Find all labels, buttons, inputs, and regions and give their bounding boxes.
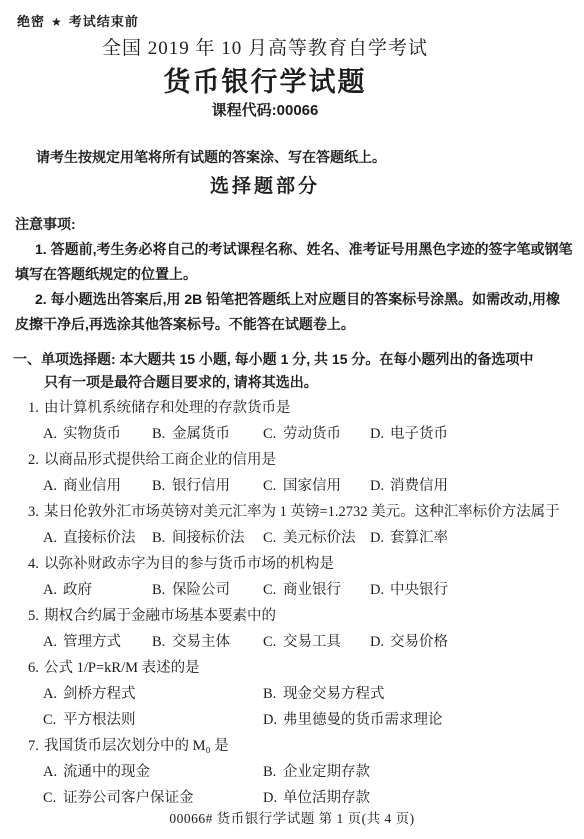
star-icon: ★ bbox=[45, 15, 69, 29]
option: A.商业信用 bbox=[43, 473, 152, 499]
question-list: 1.由计算机系统储存和处理的存款货币是 A.实物货币 B.金属货币 C.劳动货币… bbox=[0, 395, 584, 811]
option-text: 银行信用 bbox=[172, 478, 230, 494]
option-label: C. bbox=[263, 473, 283, 499]
option-text: 中央银行 bbox=[390, 582, 448, 598]
option: D.交易价格 bbox=[370, 629, 448, 655]
option-text: 弗里德曼的货币需求理论 bbox=[283, 712, 443, 728]
question-stem: 1.由计算机系统储存和处理的存款货币是 bbox=[0, 395, 584, 421]
option-label: D. bbox=[263, 707, 283, 733]
option-label: D. bbox=[370, 525, 390, 551]
option-text: 国家信用 bbox=[283, 478, 341, 494]
option-text: 消费信用 bbox=[390, 478, 448, 494]
question-stem: 3.某日伦敦外汇市场英镑对美元汇率为 1 英镑=1.2732 美元。这种汇率标价… bbox=[0, 499, 584, 525]
exam-page: 绝密★考试结束前 全国 2019 年 10 月高等教育自学考试 货币银行学试题 … bbox=[0, 0, 584, 839]
option-label: D. bbox=[370, 473, 390, 499]
option-row: A.剑桥方程式 B.现金交易方程式 bbox=[0, 681, 584, 707]
security-classification: 绝密★考试结束前 bbox=[17, 11, 139, 30]
option-text: 流通中的现金 bbox=[63, 764, 150, 780]
option-text: 商业银行 bbox=[283, 582, 341, 598]
option-label: B. bbox=[152, 577, 172, 603]
option: A.实物货币 bbox=[43, 421, 152, 447]
timing-label: 考试结束前 bbox=[69, 14, 139, 29]
option: B.企业定期存款 bbox=[263, 759, 370, 785]
option: C.商业银行 bbox=[263, 577, 370, 603]
option-row: A.实物货币 B.金属货币 C.劳动货币 D.电子货币 bbox=[0, 421, 584, 447]
classification-label: 绝密 bbox=[17, 14, 45, 29]
option-text: 交易价格 bbox=[390, 634, 448, 650]
note-line: 2. 每小题选出答案后,用 2B 铅笔把答题纸上对应题目的答案标号涂黑。如需改动… bbox=[15, 287, 574, 312]
option-label: C. bbox=[263, 577, 283, 603]
question-stem: 5.期权合约属于金融市场基本要素中的 bbox=[0, 603, 584, 629]
option-label: B. bbox=[152, 629, 172, 655]
option-text: 证券公司客户保证金 bbox=[63, 790, 194, 806]
option: D.套算汇率 bbox=[370, 525, 448, 551]
question-stem: 7.我国货币层次划分中的 M₀ 是 bbox=[0, 733, 584, 759]
option-label: C. bbox=[263, 421, 283, 447]
option-label: C. bbox=[263, 629, 283, 655]
part-heading-line: 一、单项选择题: 本大题共 15 小题, 每小题 1 分, 共 15 分。在每小… bbox=[13, 348, 574, 371]
option-label: D. bbox=[370, 629, 390, 655]
option-label: C. bbox=[263, 525, 283, 551]
question-stem: 6.公式 1/P=kR/M 表述的是 bbox=[0, 655, 584, 681]
option: B.保险公司 bbox=[152, 577, 263, 603]
question-text: 以商品形式提供给工商企业的信用是 bbox=[44, 452, 276, 468]
option-text: 劳动货币 bbox=[283, 426, 341, 442]
option: A.流通中的现金 bbox=[43, 759, 263, 785]
option-label: A. bbox=[43, 421, 63, 447]
option-label: A. bbox=[43, 473, 63, 499]
exam-session: 全国 2019 年 10 月高等教育自学考试 bbox=[0, 33, 530, 60]
part-one-heading: 一、单项选择题: 本大题共 15 小题, 每小题 1 分, 共 15 分。在每小… bbox=[13, 348, 574, 394]
option-label: B. bbox=[152, 473, 172, 499]
option-label: A. bbox=[43, 525, 63, 551]
note-line: 填写在答题纸规定的位置上。 bbox=[15, 262, 574, 287]
note-line: 皮擦干净后,再选涂其他答案标号。不能答在试题卷上。 bbox=[15, 312, 574, 337]
notes-block: 注意事项: 1. 答题前,考生务必将自己的考试课程名称、姓名、准考证号用黑色字迹… bbox=[15, 211, 574, 337]
option-text: 平方根法则 bbox=[63, 712, 136, 728]
option-text: 单位活期存款 bbox=[283, 790, 370, 806]
note-line: 1. 答题前,考生务必将自己的考试课程名称、姓名、准考证号用黑色字迹的签字笔或钢… bbox=[15, 237, 574, 262]
option: B.交易主体 bbox=[152, 629, 263, 655]
question-number: 6. bbox=[28, 655, 44, 681]
option-text: 电子货币 bbox=[390, 426, 448, 442]
option: B.银行信用 bbox=[152, 473, 263, 499]
question-number: 1. bbox=[28, 395, 44, 421]
question-number: 5. bbox=[28, 603, 44, 629]
option-text: 交易工具 bbox=[283, 634, 341, 650]
question-number: 2. bbox=[28, 447, 44, 473]
option-text: 现金交易方程式 bbox=[283, 686, 385, 702]
option-text: 实物货币 bbox=[63, 426, 121, 442]
option: A.政府 bbox=[43, 577, 152, 603]
section-title: 选择题部分 bbox=[0, 171, 530, 198]
question-number: 7. bbox=[28, 733, 44, 759]
option-text: 企业定期存款 bbox=[283, 764, 370, 780]
option-text: 金属货币 bbox=[172, 426, 230, 442]
option-row: A.商业信用 B.银行信用 C.国家信用 D.消费信用 bbox=[0, 473, 584, 499]
option-label: A. bbox=[43, 681, 63, 707]
part-heading-line: 只有一项是最符合题目要求的, 请将其选出。 bbox=[13, 371, 574, 394]
option: C.交易工具 bbox=[263, 629, 370, 655]
option: D.中央银行 bbox=[370, 577, 448, 603]
option-label: D. bbox=[370, 577, 390, 603]
question-text: 公式 1/P=kR/M 表述的是 bbox=[44, 660, 200, 676]
option: D.电子货币 bbox=[370, 421, 448, 447]
option: C.劳动货币 bbox=[263, 421, 370, 447]
option-text: 直接标价法 bbox=[63, 530, 136, 546]
option-label: B. bbox=[152, 525, 172, 551]
option-row: C.平方根法则 D.弗里德曼的货币需求理论 bbox=[0, 707, 584, 733]
option: B.金属货币 bbox=[152, 421, 263, 447]
question-text: 某日伦敦外汇市场英镑对美元汇率为 1 英镑=1.2732 美元。这种汇率标价方法… bbox=[44, 504, 560, 520]
option-label: A. bbox=[43, 577, 63, 603]
option-label: B. bbox=[263, 759, 283, 785]
option-row: A.流通中的现金 B.企业定期存款 bbox=[0, 759, 584, 785]
option: C.平方根法则 bbox=[43, 707, 263, 733]
option-label: C. bbox=[43, 707, 63, 733]
option-label: D. bbox=[370, 421, 390, 447]
option-label: B. bbox=[152, 421, 172, 447]
option-text: 商业信用 bbox=[63, 478, 121, 494]
question-number: 4. bbox=[28, 551, 44, 577]
option-text: 美元标价法 bbox=[283, 530, 356, 546]
option-text: 剑桥方程式 bbox=[63, 686, 136, 702]
question-text: 由计算机系统储存和处理的存款货币是 bbox=[44, 400, 291, 416]
option-row: A.直接标价法 B.间接标价法 C.美元标价法 D.套算汇率 bbox=[0, 525, 584, 551]
option: A.剑桥方程式 bbox=[43, 681, 263, 707]
option: C.国家信用 bbox=[263, 473, 370, 499]
option: C.美元标价法 bbox=[263, 525, 370, 551]
option-label: A. bbox=[43, 629, 63, 655]
option-text: 交易主体 bbox=[172, 634, 230, 650]
course-code: 课程代码:00066 bbox=[0, 99, 530, 120]
question-number: 3. bbox=[28, 499, 44, 525]
option: A.直接标价法 bbox=[43, 525, 152, 551]
option: B.间接标价法 bbox=[152, 525, 263, 551]
question-text: 我国货币层次划分中的 M₀ 是 bbox=[44, 738, 229, 754]
option: D.弗里德曼的货币需求理论 bbox=[263, 707, 443, 733]
option-label: A. bbox=[43, 759, 63, 785]
option-row: A.政府 B.保险公司 C.商业银行 D.中央银行 bbox=[0, 577, 584, 603]
paper-title: 货币银行学试题 bbox=[0, 60, 530, 99]
option-text: 间接标价法 bbox=[172, 530, 245, 546]
page-footer: 00066# 货币银行学试题 第 1 页(共 4 页) bbox=[0, 807, 584, 827]
option: A.管理方式 bbox=[43, 629, 152, 655]
option-text: 套算汇率 bbox=[390, 530, 448, 546]
question-text: 以弥补财政赤字为目的参与货币市场的机构是 bbox=[44, 556, 334, 572]
option: D.消费信用 bbox=[370, 473, 448, 499]
question-stem: 4.以弥补财政赤字为目的参与货币市场的机构是 bbox=[0, 551, 584, 577]
question-text: 期权合约属于金融市场基本要素中的 bbox=[44, 608, 276, 624]
question-stem: 2.以商品形式提供给工商企业的信用是 bbox=[0, 447, 584, 473]
option-label: B. bbox=[263, 681, 283, 707]
option-text: 保险公司 bbox=[172, 582, 230, 598]
option-text: 管理方式 bbox=[63, 634, 121, 650]
option-text: 政府 bbox=[63, 582, 92, 598]
answer-instruction: 请考生按规定用笔将所有试题的答案涂、写在答题纸上。 bbox=[36, 147, 386, 167]
option-row: A.管理方式 B.交易主体 C.交易工具 D.交易价格 bbox=[0, 629, 584, 655]
notes-title: 注意事项: bbox=[15, 211, 574, 237]
option: B.现金交易方程式 bbox=[263, 681, 385, 707]
